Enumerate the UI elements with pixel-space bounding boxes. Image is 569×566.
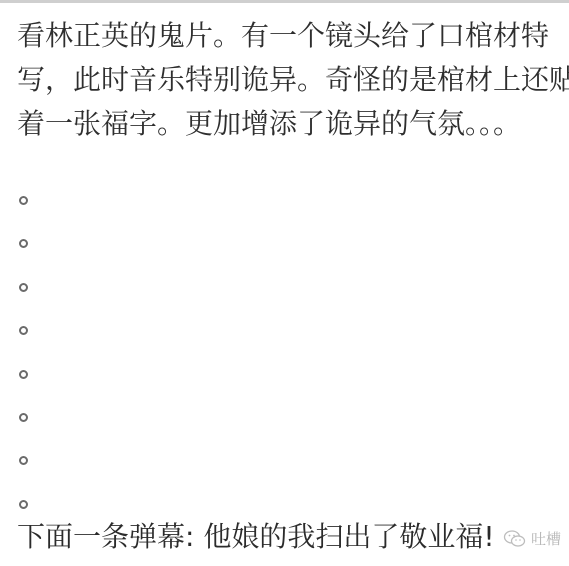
post-body: 看林正英的鬼片。有一个镜头给了口棺材特 写，此时音乐特别诡异。奇怪的是棺材上还贴… xyxy=(17,14,569,146)
dot-mark xyxy=(18,366,30,409)
post-line: 写，此时音乐特别诡异。奇怪的是棺材上还贴 xyxy=(17,58,569,102)
top-border xyxy=(0,0,569,3)
dot-mark xyxy=(18,452,30,495)
post-line: 看林正英的鬼片。有一个镜头给了口棺材特 xyxy=(17,14,569,58)
dot-mark xyxy=(18,322,30,365)
dot-mark xyxy=(18,409,30,452)
dot-mark xyxy=(18,235,30,278)
post-line: 着一张福字。更加增添了诡异的气氛。。。 xyxy=(17,102,569,146)
ellipsis-dots xyxy=(18,192,30,539)
dot-mark xyxy=(18,192,30,235)
watermark: 吐槽 xyxy=(503,528,561,549)
wechat-icon xyxy=(503,529,527,549)
punchline-text: 下面一条弹幕: 他娘的我扫出了敬业福! xyxy=(17,517,495,557)
dot-mark xyxy=(18,279,30,322)
watermark-text: 吐槽 xyxy=(531,528,561,549)
